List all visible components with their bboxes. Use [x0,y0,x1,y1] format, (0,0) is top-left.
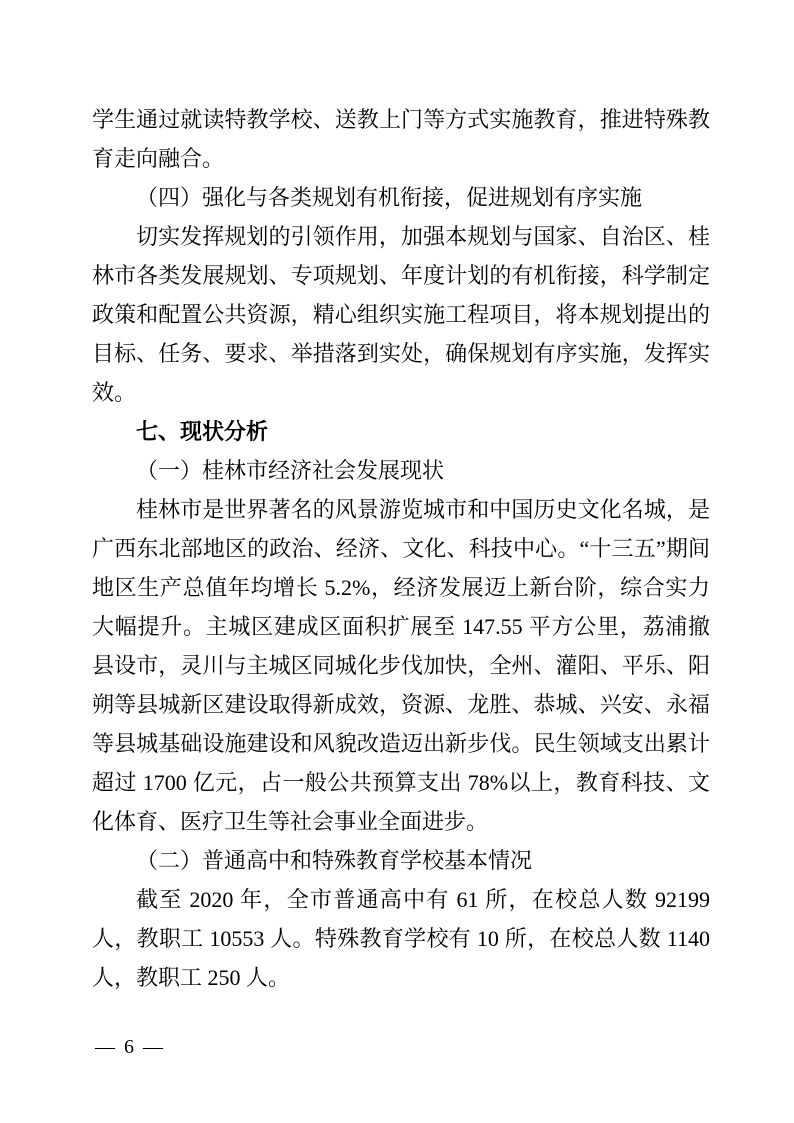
paragraph-school-statistics: 截至 2020 年，全市普通高中有 61 所，在校总人数 92199 人，教职工… [92,880,710,997]
subsection-heading-2-school-basics: （二）普通高中和特殊教育学校基本情况 [92,841,710,880]
continuation-paragraph-special-education: 学生通过就读特教学校、送教上门等方式实施教育，推进特殊教育走向融合。 [92,100,710,178]
page-number: — 6 — [95,1034,165,1060]
subsection-heading-4-plan-linkage: （四）强化与各类规划有机衔接，促进规划有序实施 [92,178,710,217]
document-body: 学生通过就读特教学校、送教上门等方式实施教育，推进特殊教育走向融合。 （四）强化… [92,100,710,997]
subsection-heading-1-guilin-economy: （一）桂林市经济社会发展现状 [92,451,710,490]
chapter-heading-7-status-analysis: 七、现状分析 [92,412,710,451]
document-page: 学生通过就读特教学校、送教上门等方式实施教育，推进特殊教育走向融合。 （四）强化… [0,0,794,1123]
paragraph-guilin-overview: 桂林市是世界著名的风景游览城市和中国历史文化名城，是广西东北部地区的政治、经济、… [92,490,710,841]
paragraph-plan-implementation: 切实发挥规划的引领作用，加强本规划与国家、自治区、桂林市各类发展规划、专项规划、… [92,217,710,412]
